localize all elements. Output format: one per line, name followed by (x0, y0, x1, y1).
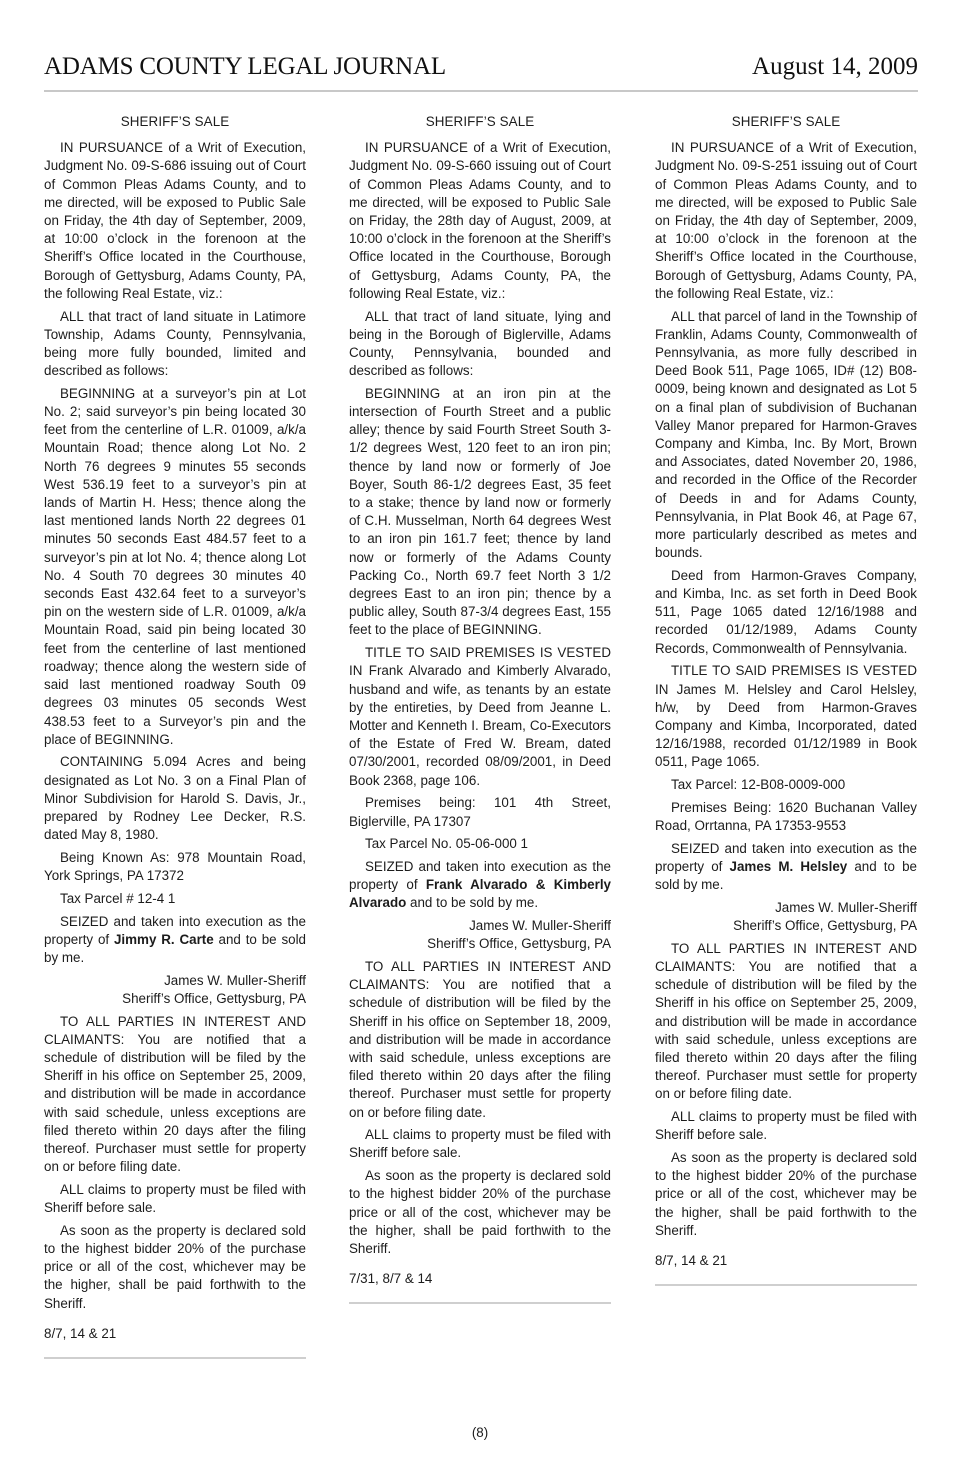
page-number: (8) (0, 1425, 960, 1440)
pursuance-paragraph: IN PURSUANCE of a Writ of Execution, Jud… (349, 139, 611, 303)
payment-terms: As soon as the property is declared sold… (44, 1222, 306, 1313)
notice-heading: SHERIFF’S SALE (655, 113, 917, 131)
claimants-notice: TO ALL PARTIES IN INTEREST AND CLAIMANTS… (655, 940, 917, 1104)
property-owner: Jimmy R. Carte (114, 932, 214, 947)
sheriff-signature: James W. Muller-Sheriff Sheriff’s Office… (44, 972, 306, 1008)
claims-paragraph: ALL claims to property must be filed wit… (655, 1108, 917, 1144)
seized-paragraph: SEIZED and taken into execution as the p… (44, 913, 306, 968)
notice-column-3: SHERIFF’S SALE IN PURSUANCE of a Writ of… (655, 113, 917, 1286)
sheriff-office: Sheriff’s Office, Gettysburg, PA (349, 935, 611, 953)
claimants-notice: TO ALL PARTIES IN INTEREST AND CLAIMANTS… (349, 958, 611, 1122)
seized-text-end: and to be sold by me. (406, 895, 538, 910)
metes-and-bounds: BEGINNING at a surveyor’s pin at Lot No.… (44, 385, 306, 749)
sheriff-office: Sheriff’s Office, Gettysburg, PA (44, 990, 306, 1008)
sheriff-office: Sheriff’s Office, Gettysburg, PA (655, 917, 917, 935)
sheriff-signature: James W. Muller-Sheriff Sheriff’s Office… (655, 899, 917, 935)
divider (44, 1357, 306, 1359)
seized-paragraph: SEIZED and taken into execution as the p… (655, 840, 917, 895)
claims-paragraph: ALL claims to property must be filed wit… (349, 1126, 611, 1162)
issue-date: August 14, 2009 (752, 53, 918, 81)
pursuance-paragraph: IN PURSUANCE of a Writ of Execution, Jud… (44, 139, 306, 303)
pursuance-paragraph: IN PURSUANCE of a Writ of Execution, Jud… (655, 139, 917, 303)
title-vested-paragraph: TITLE TO SAID PREMISES IS VESTED IN Fran… (349, 644, 611, 790)
tax-parcel: Tax Parcel # 12-4 1 (44, 890, 306, 908)
deed-paragraph: Deed from Harmon-Graves Company, and Kim… (655, 567, 917, 658)
run-dates: 8/7, 14 & 21 (655, 1252, 917, 1270)
known-as-paragraph: Being Known As: 978 Mountain Road, York … (44, 849, 306, 885)
tax-parcel: Tax Parcel: 12-B08-0009-000 (655, 776, 917, 794)
journal-title: ADAMS COUNTY LEGAL JOURNAL (44, 53, 446, 81)
claimants-notice: TO ALL PARTIES IN INTEREST AND CLAIMANTS… (44, 1013, 306, 1177)
title-vested-paragraph: TITLE TO SAID PREMISES IS VESTED IN Jame… (655, 662, 917, 771)
premises-paragraph: Premises Being: 1620 Buchanan Valley Roa… (655, 799, 917, 835)
page-header: ADAMS COUNTY LEGAL JOURNAL August 14, 20… (44, 52, 918, 92)
sheriff-name: James W. Muller-Sheriff (349, 917, 611, 935)
premises-paragraph: Premises being: 101 4th Street, Biglervi… (349, 794, 611, 830)
notice-column-1: SHERIFF’S SALE IN PURSUANCE of a Writ of… (44, 113, 306, 1359)
metes-and-bounds: BEGINNING at an iron pin at the intersec… (349, 385, 611, 640)
tax-parcel: Tax Parcel No. 05-06-000 1 (349, 835, 611, 853)
sheriff-name: James W. Muller-Sheriff (655, 899, 917, 917)
sheriff-signature: James W. Muller-Sheriff Sheriff’s Office… (349, 917, 611, 953)
sheriff-name: James W. Muller-Sheriff (44, 972, 306, 990)
claims-paragraph: ALL claims to property must be filed wit… (44, 1181, 306, 1217)
divider (655, 1284, 917, 1286)
notice-heading: SHERIFF’S SALE (44, 113, 306, 131)
property-owner: James M. Helsley (730, 859, 848, 874)
containing-paragraph: CONTAINING 5.094 Acres and being designa… (44, 753, 306, 844)
land-description: ALL that tract of land situate in Latimo… (44, 308, 306, 381)
notice-heading: SHERIFF’S SALE (349, 113, 611, 131)
seized-paragraph: SEIZED and taken into execution as the p… (349, 858, 611, 913)
payment-terms: As soon as the property is declared sold… (655, 1149, 917, 1240)
divider (349, 1302, 611, 1304)
land-description: ALL that tract of land situate, lying an… (349, 308, 611, 381)
land-description: ALL that parcel of land in the Township … (655, 308, 917, 563)
run-dates: 7/31, 8/7 & 14 (349, 1270, 611, 1288)
run-dates: 8/7, 14 & 21 (44, 1325, 306, 1343)
payment-terms: As soon as the property is declared sold… (349, 1167, 611, 1258)
notice-column-2: SHERIFF’S SALE IN PURSUANCE of a Writ of… (349, 113, 611, 1304)
